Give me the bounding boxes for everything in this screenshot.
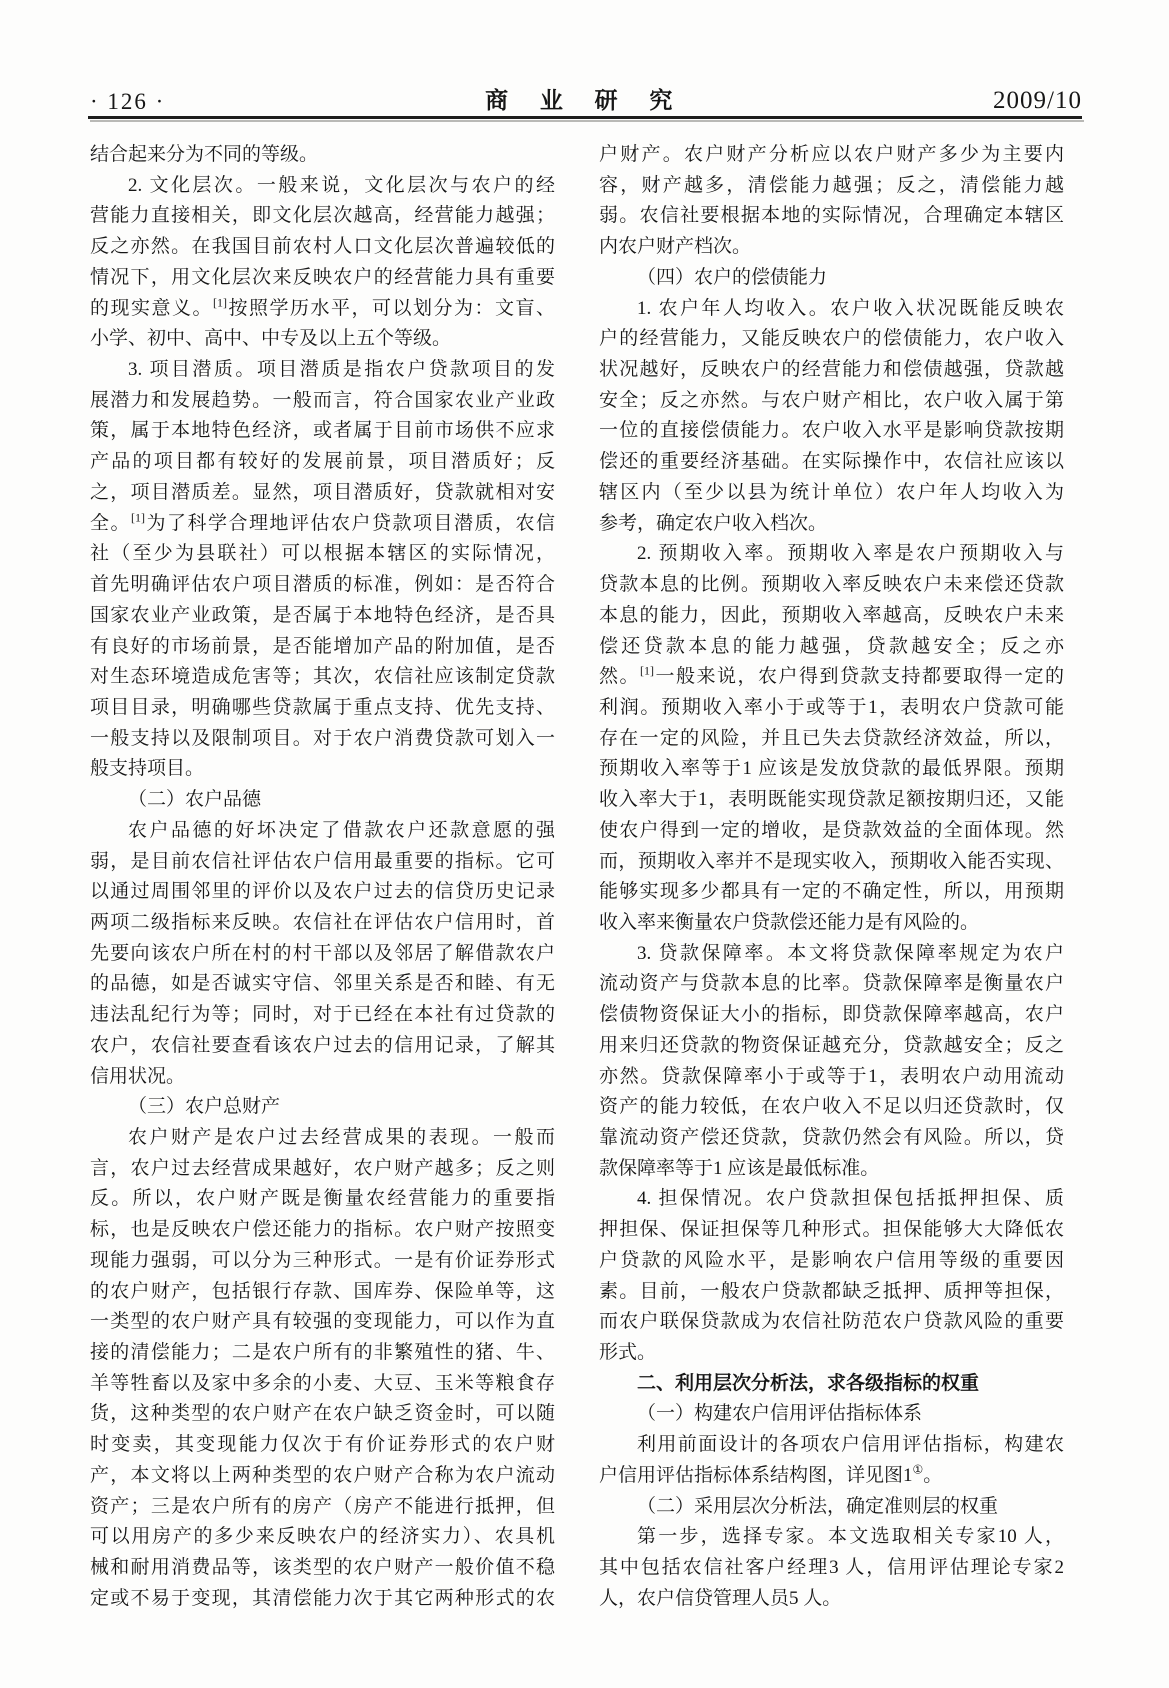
text-segment: 户信用评估指标体系结构图，详见图1 xyxy=(599,1465,913,1486)
text-segment: 展潜力和发展趋势。一般而言，符合国家农业产业政 xyxy=(90,390,555,411)
text-line: 信用状况。 xyxy=(90,1062,555,1093)
section-heading-line: 二、利用层次分析法，求各级指标的权重 xyxy=(599,1369,1064,1400)
text-segment: 第一步，选择专家。本文选取相关专家10 人， xyxy=(637,1526,1064,1547)
issue-label: 2009/10 xyxy=(993,87,1082,115)
superscript-ref: [1] xyxy=(213,295,227,309)
text-segment: 款保障率等于1 应该是最低标准。 xyxy=(599,1158,879,1179)
text-segment: （一）构建农户信用评估指标体系 xyxy=(637,1403,922,1424)
text-segment: （三）农户总财产 xyxy=(128,1096,280,1117)
text-line: 预期收入率等于1 应该是发放贷款的最低界限。预期 xyxy=(599,754,1064,785)
text-line: 偿还的重要经济基础。在实际操作中，农信社应该以 xyxy=(599,447,1064,478)
text-line: 弱，是目前农信社评估农户信用最重要的指标。它可 xyxy=(90,847,555,878)
text-line: 状况越好，反映农户的经营能力和偿债越强，贷款越 xyxy=(599,355,1064,386)
text-line: 时变卖，其变现能力仅次于有价证券形式的农户财 xyxy=(90,1430,555,1461)
text-line: 使农户得到一定的增收，是贷款效益的全面体现。然 xyxy=(599,816,1064,847)
text-line: 户贷款的风险水平，是影响农户信用等级的重要因 xyxy=(599,1246,1064,1277)
text-line: （二）农户品德 xyxy=(90,785,555,816)
text-line: 利润。预期收入率小于或等于1，表明农户贷款可能 xyxy=(599,693,1064,724)
text-line: 可以用房产的多少来反映农户的经济实力）、农具机 xyxy=(90,1522,555,1553)
header-rule xyxy=(88,116,1082,119)
text-segment: 利用前面设计的各项农户信用评估指标，构建农 xyxy=(637,1434,1064,1455)
text-segment: 一位的直接偿债能力。农户收入水平是影响贷款按期 xyxy=(599,420,1064,441)
text-line: 形式。 xyxy=(599,1338,1064,1369)
page-number: · 126 · xyxy=(90,89,165,115)
text-line: 羊等牲畜以及家中多余的小麦、大豆、玉米等粮食存 xyxy=(90,1369,555,1400)
text-line: 现能力强弱，可以分为三种形式。一是有价证券形式 xyxy=(90,1246,555,1277)
text-line: 结合起来分为不同的等级。 xyxy=(90,140,555,171)
text-line: 首先明确评估农户项目潜质的标准，例如：是否符合 xyxy=(90,570,555,601)
text-line: 安全；反之亦然。与农户财产相比，农户收入属于第 xyxy=(599,386,1064,417)
text-segment: 羊等牲畜以及家中多余的小麦、大豆、玉米等粮食存 xyxy=(90,1373,555,1394)
text-segment: 货，这种类型的农户财产在农户缺乏资金时，可以随 xyxy=(90,1403,555,1424)
text-segment: 项目目录，明确哪些贷款属于重点支持、优先支持、 xyxy=(90,697,555,718)
text-line: 利用前面设计的各项农户信用评估指标，构建农 xyxy=(599,1430,1064,1461)
superscript-ref: [1] xyxy=(131,510,145,524)
text-segment: 偿还的重要经济基础。在实际操作中，农信社应该以 xyxy=(599,451,1064,472)
text-line: 而，预期收入率并不是现实收入，预期收入能否实现、 xyxy=(599,847,1064,878)
text-segment: 弱，是目前农信社评估农户信用最重要的指标。它可 xyxy=(90,851,555,872)
text-line: 两项二级指标来反映。农信社在评估农户信用时，首 xyxy=(90,908,555,939)
text-segment: 辖区内（至少以县为统计单位）农户年人均收入为 xyxy=(599,482,1064,503)
text-segment: 素。目前，一般农户贷款都缺乏抵押、质押等担保， xyxy=(599,1281,1064,1302)
text-line: 素。目前，一般农户贷款都缺乏抵押、质押等担保， xyxy=(599,1277,1064,1308)
superscript-ref: [1] xyxy=(640,664,654,678)
text-line: 展潜力和发展趋势。一般而言，符合国家农业产业政 xyxy=(90,386,555,417)
text-line: 的现实意义。[1]按照学历水平，可以划分为：文盲、 xyxy=(90,294,555,325)
text-segment: 时变卖，其变现能力仅次于有价证券形式的农户财 xyxy=(90,1434,555,1455)
text-line: 4. 担保情况。农户贷款担保包括抵押担保、质 xyxy=(599,1184,1064,1215)
text-segment: 亦然。贷款保障率小于或等于1，表明农户动用流动 xyxy=(599,1066,1064,1087)
text-segment: 两项二级指标来反映。农信社在评估农户信用时，首 xyxy=(90,912,555,933)
text-segment: 3. 项目潜质。项目潜质是指农户贷款项目的发 xyxy=(128,359,555,380)
text-segment: 。 xyxy=(923,1465,942,1486)
text-line: 接的清偿能力；二是农户所有的非繁殖性的猪、牛、 xyxy=(90,1338,555,1369)
text-segment: 按照学历水平，可以划分为：文盲、 xyxy=(227,298,555,319)
text-line: （三）农户总财产 xyxy=(90,1092,555,1123)
text-line: 定或不易于变现，其清偿能力次于其它两种形式的农 xyxy=(90,1584,555,1615)
text-segment: 一般支持以及限制项目。对于农户消费贷款可划入一 xyxy=(90,728,555,749)
text-line: （一）构建农户信用评估指标体系 xyxy=(599,1399,1064,1430)
text-segment: 农户品德的好坏决定了借款农户还款意愿的强 xyxy=(128,820,555,841)
text-line: 存在一定的风险，并且已失去贷款经济效益，所以， xyxy=(599,724,1064,755)
text-line: 产品的项目都有较好的发展前景，项目潜质好；反 xyxy=(90,447,555,478)
text-segment: 2. 预期收入率。预期收入率是农户预期收入与 xyxy=(637,543,1064,564)
text-line: 贷款本息的比例。预期收入率反映农户未来偿还贷款 xyxy=(599,570,1064,601)
text-line: 3. 项目潜质。项目潜质是指农户贷款项目的发 xyxy=(90,355,555,386)
text-segment: 押担保、保证担保等几种形式。担保能够大大降低农 xyxy=(599,1219,1064,1240)
superscript-ref: ① xyxy=(913,1463,924,1477)
text-line: 之，项目潜质差。显然，项目潜质好，贷款就相对安 xyxy=(90,478,555,509)
text-line: 营能力直接相关，即文化层次越高，经营能力越强； xyxy=(90,201,555,232)
text-segment: 信用状况。 xyxy=(90,1066,185,1087)
text-segment: 偿还贷款本息的能力越强，贷款越安全；反之亦 xyxy=(599,636,1064,657)
text-line: 户的经营能力，又能反映农户的偿债能力，农户收入 xyxy=(599,324,1064,355)
text-segment: 人，农户信贷管理人员5 人。 xyxy=(599,1588,841,1609)
text-line: 偿债物资保证大小的指标，即贷款保障率越高，农户 xyxy=(599,1000,1064,1031)
text-line: 社（至少为县联社）可以根据本辖区的实际情况， xyxy=(90,539,555,570)
text-line: 全。[1]为了科学合理地评估农户贷款项目潜质，农信 xyxy=(90,509,555,540)
text-segment: 而，预期收入率并不是现实收入，预期收入能否实现、 xyxy=(599,851,1064,872)
text-segment: 形式。 xyxy=(599,1342,656,1363)
text-line: 农户财产是农户过去经营成果的表现。一般而 xyxy=(90,1123,555,1154)
text-segment: 般支持项目。 xyxy=(90,758,204,779)
text-segment: 先要向该农户所在村的村干部以及邻居了解借款农户 xyxy=(90,943,555,964)
text-segment: 资产；三是农户所有的房产（房产不能进行抵押，但 xyxy=(90,1496,555,1517)
text-segment: 首先明确评估农户项目潜质的标准，例如：是否符合 xyxy=(90,574,555,595)
text-line: 以通过周围邻里的评价以及农户过去的信贷历史记录 xyxy=(90,877,555,908)
text-segment: 一类型的农户财产具有较强的变现能力，可以作为直 xyxy=(90,1311,555,1332)
text-line: 用来归还贷款的物资保证越充分，贷款越安全；反之 xyxy=(599,1031,1064,1062)
text-segment: 而农户联保贷款成为农信社防范农户贷款风险的重要 xyxy=(599,1311,1064,1332)
journal-title: 商 业 研 究 xyxy=(485,82,685,115)
text-segment: 反之亦然。在我国目前农村人口文化层次普遍较低的 xyxy=(90,236,555,257)
text-line: 农户，农信社要查看该农户过去的信用记录，了解其 xyxy=(90,1031,555,1062)
text-line: 其中包括农信社客户经理3 人，信用评估理论专家2 xyxy=(599,1553,1064,1584)
text-line: 策，属于本地特色经济，或者属于目前市场供不应求 xyxy=(90,416,555,447)
text-line: （四）农户的偿债能力 xyxy=(599,263,1064,294)
text-line: 反。所以，农户财产既是衡量农经营能力的重要指 xyxy=(90,1184,555,1215)
text-segment: 的品德，如是否诚实守信、邻里关系是否和睦、有无 xyxy=(90,973,555,994)
text-segment: 收入率大于1，表明既能实现贷款足额按期归还，又能 xyxy=(599,789,1064,810)
text-line: 情况下，用文化层次来反映农户的经营能力具有重要 xyxy=(90,263,555,294)
text-line: 能够实现多少都具有一定的不确定性，所以，用预期 xyxy=(599,877,1064,908)
text-segment: 4. 担保情况。农户贷款担保包括抵押担保、质 xyxy=(637,1188,1064,1209)
text-line: 押担保、保证担保等几种形式。担保能够大大降低农 xyxy=(599,1215,1064,1246)
text-segment: 能够实现多少都具有一定的不确定性，所以，用预期 xyxy=(599,881,1064,902)
text-segment: 偿债物资保证大小的指标，即贷款保障率越高，农户 xyxy=(599,1004,1064,1025)
text-segment: 本息的能力，因此，预期收入率越高，反映农户未来 xyxy=(599,605,1064,626)
text-line: 有良好的市场前景，是否能增加产品的附加值，是否 xyxy=(90,632,555,663)
text-segment: 标，也是反映农户偿还能力的指标。农户财产按照变 xyxy=(90,1219,555,1240)
text-line: （二）采用层次分析法，确定准则层的权重 xyxy=(599,1492,1064,1523)
text-line: 收入率来衡量农户贷款偿还能力是有风险的。 xyxy=(599,908,1064,939)
text-segment: 一般来说，农户得到贷款支持都要取得一定的 xyxy=(654,666,1064,687)
text-segment: 贷款本息的比例。预期收入率反映农户未来偿还贷款 xyxy=(599,574,1064,595)
text-line: 户信用评估指标体系结构图，详见图1①。 xyxy=(599,1461,1064,1492)
text-segment: 的现实意义。 xyxy=(90,298,213,319)
text-segment: 容，财产越多，清偿能力越强；反之，清偿能力越 xyxy=(599,175,1064,196)
text-segment: 2. 文化层次。一般来说，文化层次与农户的经 xyxy=(128,175,555,196)
text-line: 款保障率等于1 应该是最低标准。 xyxy=(599,1154,1064,1185)
text-segment: 使农户得到一定的增收，是贷款效益的全面体现。然 xyxy=(599,820,1064,841)
text-line: 的农户财产，包括银行存款、国库券、保险单等，这 xyxy=(90,1277,555,1308)
text-segment: 利润。预期收入率小于或等于1，表明农户贷款可能 xyxy=(599,697,1064,718)
text-segment: 现能力强弱，可以分为三种形式。一是有价证券形式 xyxy=(90,1250,555,1271)
text-segment: 的农户财产，包括银行存款、国库券、保险单等，这 xyxy=(90,1281,555,1302)
text-segment: 械和耐用消费品等，该类型的农户财产一般价值不稳 xyxy=(90,1557,555,1578)
text-segment: （二）采用层次分析法，确定准则层的权重 xyxy=(637,1496,998,1517)
text-segment: 产品的项目都有较好的发展前景，项目潜质好；反 xyxy=(90,451,555,472)
text-line: 对生态环境造成危害等；其次，农信社应该制定贷款 xyxy=(90,662,555,693)
text-segment: 为了科学合理地评估农户贷款项目潜质，农信 xyxy=(145,513,555,534)
journal-page: · 126 · 商 业 研 究 2009/10 结合起来分为不同的等级。2. 文… xyxy=(0,0,1169,1688)
text-segment: 营能力直接相关，即文化层次越高，经营能力越强； xyxy=(90,205,555,226)
text-segment: （四）农户的偿债能力 xyxy=(637,267,827,288)
text-line: 流动资产与贷款本息的比率。贷款保障率是衡量农户 xyxy=(599,969,1064,1000)
text-segment: 言，农户过去经营成果越好，农户财产越多；反之则 xyxy=(90,1158,555,1179)
article-body: 结合起来分为不同的等级。2. 文化层次。一般来说，文化层次与农户的经营能力直接相… xyxy=(90,140,1064,1615)
text-line: 一类型的农户财产具有较强的变现能力，可以作为直 xyxy=(90,1307,555,1338)
text-line: 2. 文化层次。一般来说，文化层次与农户的经 xyxy=(90,171,555,202)
text-line: 第一步，选择专家。本文选取相关专家10 人， xyxy=(599,1522,1064,1553)
text-segment: 户的经营能力，又能反映农户的偿债能力，农户收入 xyxy=(599,328,1064,349)
text-line: 2. 预期收入率。预期收入率是农户预期收入与 xyxy=(599,539,1064,570)
text-line: 容，财产越多，清偿能力越强；反之，清偿能力越 xyxy=(599,171,1064,202)
text-line: 辖区内（至少以县为统计单位）农户年人均收入为 xyxy=(599,478,1064,509)
text-segment: 小学、初中、高中、中专及以上五个等级。 xyxy=(90,328,451,349)
text-line: 而农户联保贷款成为农信社防范农户贷款风险的重要 xyxy=(599,1307,1064,1338)
text-line: 小学、初中、高中、中专及以上五个等级。 xyxy=(90,324,555,355)
text-segment: 定或不易于变现，其清偿能力次于其它两种形式的农 xyxy=(90,1588,555,1609)
text-segment: 流动资产与贷款本息的比率。贷款保障率是衡量农户 xyxy=(599,973,1064,994)
text-segment: 以通过周围邻里的评价以及农户过去的信贷历史记录 xyxy=(90,881,555,902)
text-line: 的品德，如是否诚实守信、邻里关系是否和睦、有无 xyxy=(90,969,555,1000)
text-segment: 用来归还贷款的物资保证越充分，贷款越安全；反之 xyxy=(599,1035,1064,1056)
text-line: 一般支持以及限制项目。对于农户消费贷款可划入一 xyxy=(90,724,555,755)
text-segment: 参考，确定农户收入档次。 xyxy=(599,513,827,534)
text-line: 资产的能力较低，在农户收入不足以归还贷款时，仅 xyxy=(599,1092,1064,1123)
text-segment: 靠流动资产偿还贷款，贷款仍然会有风险。所以，贷 xyxy=(599,1127,1064,1148)
text-segment: 接的清偿能力；二是农户所有的非繁殖性的猪、牛、 xyxy=(90,1342,555,1363)
text-segment: 国家农业产业政策，是否属于本地特色经济，是否具 xyxy=(90,605,555,626)
text-line: 货，这种类型的农户财产在农户缺乏资金时，可以随 xyxy=(90,1399,555,1430)
text-line: 先要向该农户所在村的村干部以及邻居了解借款农户 xyxy=(90,939,555,970)
text-segment: 1. 农户年人均收入。农户收入状况既能反映农 xyxy=(637,298,1064,319)
text-line: 一位的直接偿债能力。农户收入水平是影响贷款按期 xyxy=(599,416,1064,447)
text-segment: 存在一定的风险，并且已失去贷款经济效益，所以， xyxy=(599,728,1064,749)
text-segment: 反。所以，农户财产既是衡量农经营能力的重要指 xyxy=(90,1188,555,1209)
text-segment: 违法乱纪行为等；同时，对于已经在本社有过贷款的 xyxy=(90,1004,555,1025)
text-segment: 产，本文将以上两种类型的农户财产合称为农户流动 xyxy=(90,1465,555,1486)
text-segment: 其中包括农信社客户经理3 人，信用评估理论专家2 xyxy=(599,1557,1064,1578)
text-segment: 结合起来分为不同的等级。 xyxy=(90,144,318,165)
text-segment: 农户财产是农户过去经营成果的表现。一般而 xyxy=(128,1127,555,1148)
text-segment: 安全；反之亦然。与农户财产相比，农户收入属于第 xyxy=(599,390,1064,411)
text-line: 参考，确定农户收入档次。 xyxy=(599,509,1064,540)
text-segment: （二）农户品德 xyxy=(128,789,261,810)
text-line: 违法乱纪行为等；同时，对于已经在本社有过贷款的 xyxy=(90,1000,555,1031)
text-segment: 内农户财产档次。 xyxy=(599,236,751,257)
text-line: 收入率大于1，表明既能实现贷款足额按期归还，又能 xyxy=(599,785,1064,816)
text-segment: 然。 xyxy=(599,666,640,687)
text-segment: 预期收入率等于1 应该是发放贷款的最低界限。预期 xyxy=(599,758,1064,779)
text-line: 1. 农户年人均收入。农户收入状况既能反映农 xyxy=(599,294,1064,325)
text-segment: 3. 贷款保障率。本文将贷款保障率规定为农户 xyxy=(637,943,1064,964)
text-segment: 资产的能力较低，在农户收入不足以归还贷款时，仅 xyxy=(599,1096,1064,1117)
text-segment: 全。 xyxy=(90,513,131,534)
text-segment: 二、利用层次分析法，求各级指标的权重 xyxy=(637,1373,979,1394)
text-line: 弱。农信社要根据本地的实际情况，合理确定本辖区 xyxy=(599,201,1064,232)
text-line: 言，农户过去经营成果越好，农户财产越多；反之则 xyxy=(90,1154,555,1185)
text-segment: 对生态环境造成危害等；其次，农信社应该制定贷款 xyxy=(90,666,555,687)
text-line: 反之亦然。在我国目前农村人口文化层次普遍较低的 xyxy=(90,232,555,263)
text-line: 然。[1]一般来说，农户得到贷款支持都要取得一定的 xyxy=(599,662,1064,693)
left-column: 结合起来分为不同的等级。2. 文化层次。一般来说，文化层次与农户的经营能力直接相… xyxy=(90,140,555,1615)
text-line: 农户品德的好坏决定了借款农户还款意愿的强 xyxy=(90,816,555,847)
text-line: 标，也是反映农户偿还能力的指标。农户财产按照变 xyxy=(90,1215,555,1246)
text-segment: 状况越好，反映农户的经营能力和偿债越强，贷款越 xyxy=(599,359,1064,380)
text-line: 亦然。贷款保障率小于或等于1，表明农户动用流动 xyxy=(599,1062,1064,1093)
text-segment: 策，属于本地特色经济，或者属于目前市场供不应求 xyxy=(90,420,555,441)
text-line: 本息的能力，因此，预期收入率越高，反映农户未来 xyxy=(599,601,1064,632)
text-line: 靠流动资产偿还贷款，贷款仍然会有风险。所以，贷 xyxy=(599,1123,1064,1154)
text-line: 资产；三是农户所有的房产（房产不能进行抵押，但 xyxy=(90,1492,555,1523)
text-segment: 情况下，用文化层次来反映农户的经营能力具有重要 xyxy=(90,267,555,288)
text-segment: 户财产。农户财产分析应以农户财产多少为主要内 xyxy=(599,144,1064,165)
text-line: 项目目录，明确哪些贷款属于重点支持、优先支持、 xyxy=(90,693,555,724)
page-header: · 126 · 商 业 研 究 2009/10 xyxy=(90,82,1082,115)
text-segment: 有良好的市场前景，是否能增加产品的附加值，是否 xyxy=(90,636,555,657)
text-line: 3. 贷款保障率。本文将贷款保障率规定为农户 xyxy=(599,939,1064,970)
text-segment: 农户，农信社要查看该农户过去的信用记录，了解其 xyxy=(90,1035,555,1056)
text-line: 内农户财产档次。 xyxy=(599,232,1064,263)
text-line: 国家农业产业政策，是否属于本地特色经济，是否具 xyxy=(90,601,555,632)
text-segment: 弱。农信社要根据本地的实际情况，合理确定本辖区 xyxy=(599,205,1064,226)
text-segment: 社（至少为县联社）可以根据本辖区的实际情况， xyxy=(90,543,555,564)
text-line: 偿还贷款本息的能力越强，贷款越安全；反之亦 xyxy=(599,632,1064,663)
text-line: 户财产。农户财产分析应以农户财产多少为主要内 xyxy=(599,140,1064,171)
text-line: 般支持项目。 xyxy=(90,754,555,785)
text-segment: 可以用房产的多少来反映农户的经济实力）、农具机 xyxy=(90,1526,555,1547)
text-line: 械和耐用消费品等，该类型的农户财产一般价值不稳 xyxy=(90,1553,555,1584)
text-segment: 户贷款的风险水平，是影响农户信用等级的重要因 xyxy=(599,1250,1064,1271)
text-segment: 之，项目潜质差。显然，项目潜质好，贷款就相对安 xyxy=(90,482,555,503)
right-column: 户财产。农户财产分析应以农户财产多少为主要内容，财产越多，清偿能力越强；反之，清… xyxy=(599,140,1064,1615)
text-segment: 收入率来衡量农户贷款偿还能力是有风险的。 xyxy=(599,912,979,933)
text-line: 产，本文将以上两种类型的农户财产合称为农户流动 xyxy=(90,1461,555,1492)
text-line: 人，农户信贷管理人员5 人。 xyxy=(599,1584,1064,1615)
